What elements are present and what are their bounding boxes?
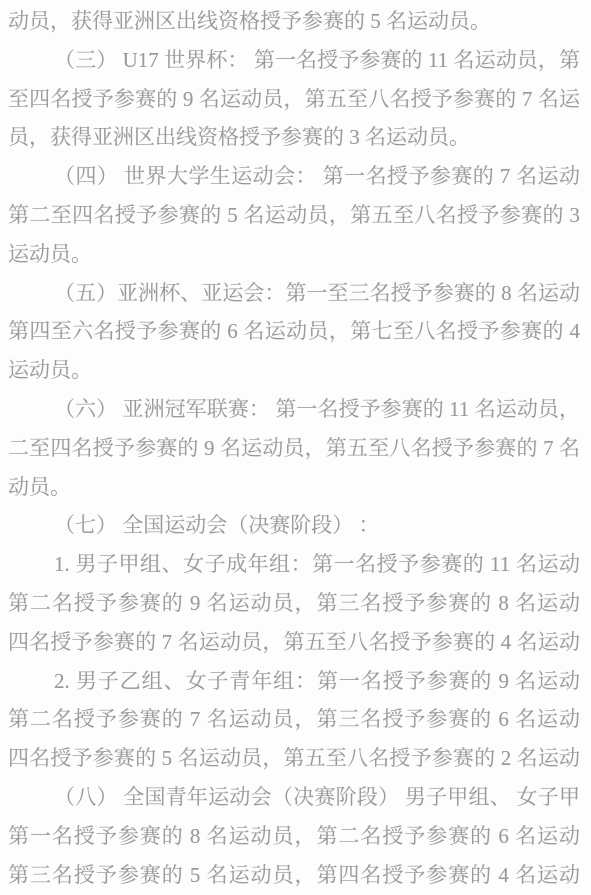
text-line: 四名授予参赛的 7 名运动员，第五至八名授予参赛的 4 名运动员； <box>8 623 580 662</box>
document-page: 动员，获得亚洲区出线资格授予参赛的 5 名运动员。 （三） U17 世界杯： 第… <box>0 0 591 895</box>
text-line: 至四名授予参赛的 9 名运动员，第五至八名授予参赛的 7 名运动 <box>8 80 580 119</box>
text-line: （八） 全国青年运动会（决赛阶段） 男子甲组、 女子甲组： <box>8 778 580 817</box>
text-line: 动员，获得亚洲区出线资格授予参赛的 5 名运动员。 <box>8 2 580 41</box>
text-line: 1. 男子甲组、女子成年组：第一名授予参赛的 11 名运动员， <box>8 545 580 584</box>
text-line: （五）亚洲杯、亚运会：第一至三名授予参赛的 8 名运动员， <box>8 274 580 313</box>
text-line: 第一名授予参赛的 8 名运动员，第二名授予参赛的 6 名运动员， <box>8 817 580 856</box>
text-line: 二至四名授予参赛的 9 名运动员，第五至八名授予参赛的 7 名运 <box>8 429 580 468</box>
text-line: 员，获得亚洲区出线资格授予参赛的 3 名运动员。 <box>8 118 580 157</box>
text-line: （四） 世界大学生运动会： 第一名授予参赛的 7 名运动员， <box>8 157 580 196</box>
text-line: 运动员。 <box>8 351 580 390</box>
text-line: 四名授予参赛的 5 名运动员，第五至八名授予参赛的 2 名运动员。 <box>8 739 580 778</box>
text-line: 运动员。 <box>8 235 580 274</box>
text-line: 第二名授予参赛的 7 名运动员，第三名授予参赛的 6 名运动员，第 <box>8 700 580 739</box>
text-line: （六） 亚洲冠军联赛： 第一名授予参赛的 11 名运动员，第 <box>8 390 580 429</box>
text-line: 2. 男子乙组、女子青年组：第一名授予参赛的 9 名运动员， <box>8 662 580 701</box>
text-line: 第二至四名授予参赛的 5 名运动员，第五至八名授予参赛的 3 名 <box>8 196 580 235</box>
text-line: 第二名授予参赛的 9 名运动员，第三名授予参赛的 8 名运动员，第 <box>8 584 580 623</box>
text-line: （三） U17 世界杯： 第一名授予参赛的 11 名运动员，第二 <box>8 41 580 80</box>
text-line: 第四至六名授予参赛的 6 名运动员，第七至八名授予参赛的 4 名 <box>8 312 580 351</box>
text-line: 动员。 <box>8 468 580 507</box>
text-line: 第三名授予参赛的 5 名运动员，第四名授予参赛的 4 名运动员， <box>8 856 580 895</box>
text-line: （七） 全国运动会（决赛阶段） ： <box>8 506 580 545</box>
